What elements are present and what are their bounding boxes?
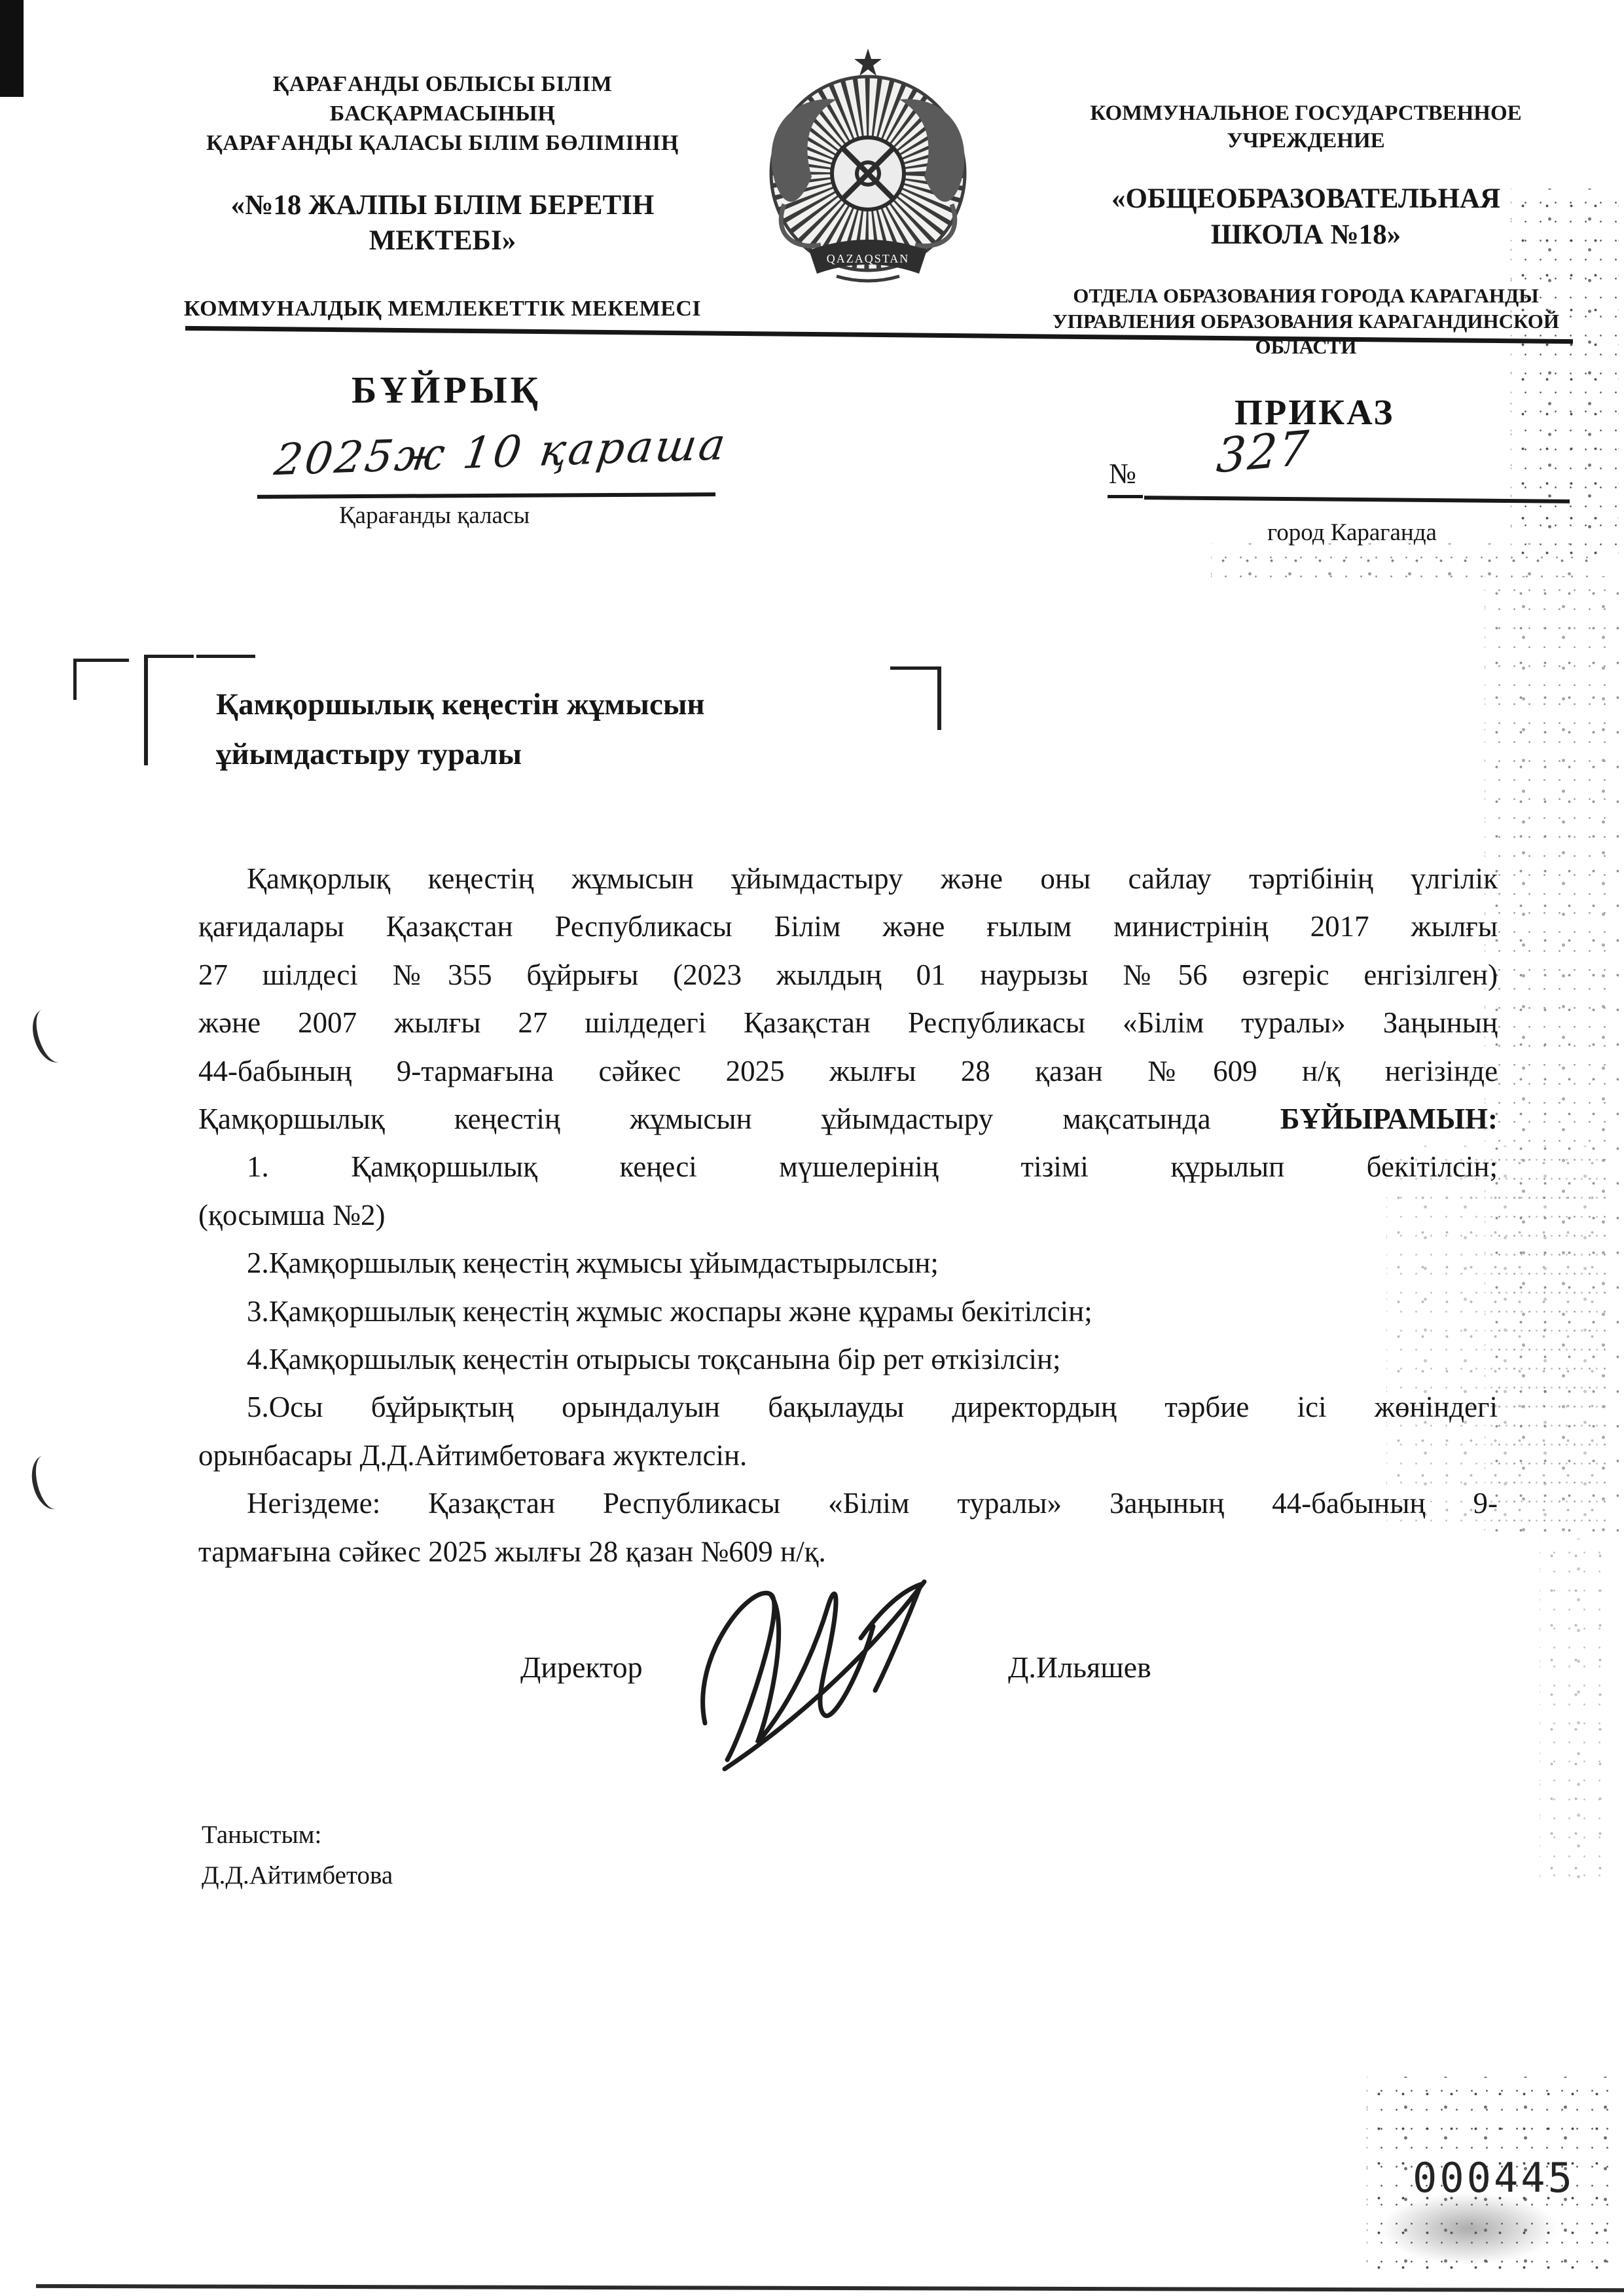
handwritten-date: 2025ж 10 қараша (272, 419, 731, 486)
scan-smudge (1382, 2193, 1556, 2264)
page-number-stamp: 000445 (1413, 2154, 1575, 2202)
acknowledgement-name: Д.Д.Айтимбетова (202, 1855, 393, 1896)
org-type-ru: КОММУНАЛЬНОЕ ГОСУДАРСТВЕННОЕ УЧРЕЖДЕНИЕ (1011, 100, 1600, 155)
body-line: және 2007 жылғы 27 шілдедегі Қазақстан Р… (198, 999, 1498, 1047)
order-subject: Қамқоршылық кеңестін жұмысын ұйымдастыру… (216, 680, 705, 779)
place-kazakh: Қарағанды қаласы (339, 501, 530, 530)
date-underline (257, 492, 715, 499)
letterhead-kazakh: ҚАРАҒАНДЫ ОБЛЫСЫ БІЛІМ БАСҚАРМАСЫНЫҢ ҚАР… (162, 69, 723, 321)
order-title-kazakh: БҰЙРЫҚ (352, 368, 541, 412)
scan-noise (1540, 1539, 1613, 1879)
scan-bottom-edge (36, 2284, 1624, 2292)
school-name-ru: «ОБЩЕОБРАЗОВАТЕЛЬНАЯ (1011, 181, 1600, 217)
number-sign: № (1109, 457, 1136, 490)
crop-mark (144, 655, 194, 765)
order-item-1-appendix: (қосымша №2) (198, 1192, 1498, 1239)
director-signature (664, 1558, 949, 1777)
acknowledgement: Таныстым: Д.Д.Айтимбетова (202, 1815, 393, 1896)
school-name-kk: «№18 ЖАЛПЫ БІЛІМ БЕРЕТІН (162, 188, 723, 223)
body-line: қағидалары Қазақстан Республикасы Білім … (198, 903, 1498, 951)
crop-mark (890, 666, 941, 730)
body-text: Қамқоршылық кеңестің жұмысын ұйымдастыру… (198, 1102, 1211, 1135)
scan-crescent-mark (27, 1451, 73, 1513)
number-underline (1144, 496, 1570, 503)
dept-line: УПРАВЛЕНИЯ ОБРАЗОВАНИЯ КАРАГАНДИНСКОЙ (1011, 308, 1600, 334)
scan-corner-bar (0, 0, 24, 97)
emblem-banner-text: QAZAQSTAN (827, 252, 910, 265)
subject-line: ұйымдастыру туралы (216, 729, 705, 779)
order-item-2: 2.Қамқоршылық кеңестің жұмысы ұйымдастыр… (198, 1239, 1498, 1287)
handwritten-order-number: 327 (1215, 420, 1311, 483)
basis-line: Негіздеме: Қазақстан Республикасы «Білім… (198, 1480, 1498, 1527)
body-line: 44-бабының 9-тармағына сәйкес 2025 жылғы… (198, 1048, 1498, 1095)
scan-crescent-mark (26, 1004, 75, 1067)
number-sign-underline (1108, 495, 1143, 498)
resolution-keyword: БҰЙЫРАМЫН: (1280, 1102, 1498, 1135)
place-russian: город Караганда (1267, 519, 1437, 547)
signature-name: Д.Ильяшев (1008, 1650, 1151, 1685)
acknowledgement-label: Таныстым: (202, 1815, 393, 1855)
order-item-5-continued: орынбасары Д.Д.Айтимбетоваға жүктелсін. (198, 1432, 1498, 1480)
body-line: 27 шілдесі №355 бұйрығы (2023 жылдың 01 … (198, 951, 1498, 999)
crop-mark (73, 659, 129, 700)
order-body: Қамқорлық кеңестің жұмысын ұйымдастыру ж… (198, 855, 1498, 1576)
order-item-1: 1. Қамқоршылық кеңесі мүшелерінің тізімі… (198, 1143, 1498, 1191)
org-parent-line: ҚАРАҒАНДЫ ҚАЛАСЫ БІЛІМ БӨЛІМІНІҢ (162, 128, 723, 158)
subject-line: Қамқоршылық кеңестін жұмысын (216, 680, 705, 729)
org-type-kk: КОММУНАЛДЫҚ МЕМЛЕКЕТТІК МЕКЕМЕСІ (162, 297, 723, 321)
order-item-4: 4.Қамқоршылық кеңестін отырысы тоқсанына… (198, 1336, 1498, 1383)
org-parent-line: ҚАРАҒАНДЫ ОБЛЫСЫ БІЛІМ БАСҚАРМАСЫНЫҢ (162, 69, 723, 128)
order-item-3: 3.Қамқоршылық кеңестің жұмыс жоспары жән… (198, 1288, 1498, 1336)
kazakhstan-emblem-icon: QAZAQSTAN (758, 39, 977, 287)
letterhead-russian: КОММУНАЛЬНОЕ ГОСУДАРСТВЕННОЕ УЧРЕЖДЕНИЕ … (1011, 100, 1600, 359)
dept-line: ОТДЕЛА ОБРАЗОВАНИЯ ГОРОДА КАРАГАНДЫ (1011, 283, 1600, 308)
signature-role: Директор (520, 1650, 643, 1685)
school-name-ru: ШКОЛА №18» (1011, 217, 1600, 253)
crop-mark (196, 655, 255, 665)
body-line: Қамқоршылық кеңестің жұмысын ұйымдастыру… (198, 1095, 1498, 1143)
school-name-kk: МЕКТЕБІ» (162, 223, 723, 259)
body-line: Қамқорлық кеңестің жұмысын ұйымдастыру ж… (198, 855, 1498, 903)
order-item-5: 5.Осы бұйрықтың орындалуын бақылауды дир… (198, 1383, 1498, 1431)
